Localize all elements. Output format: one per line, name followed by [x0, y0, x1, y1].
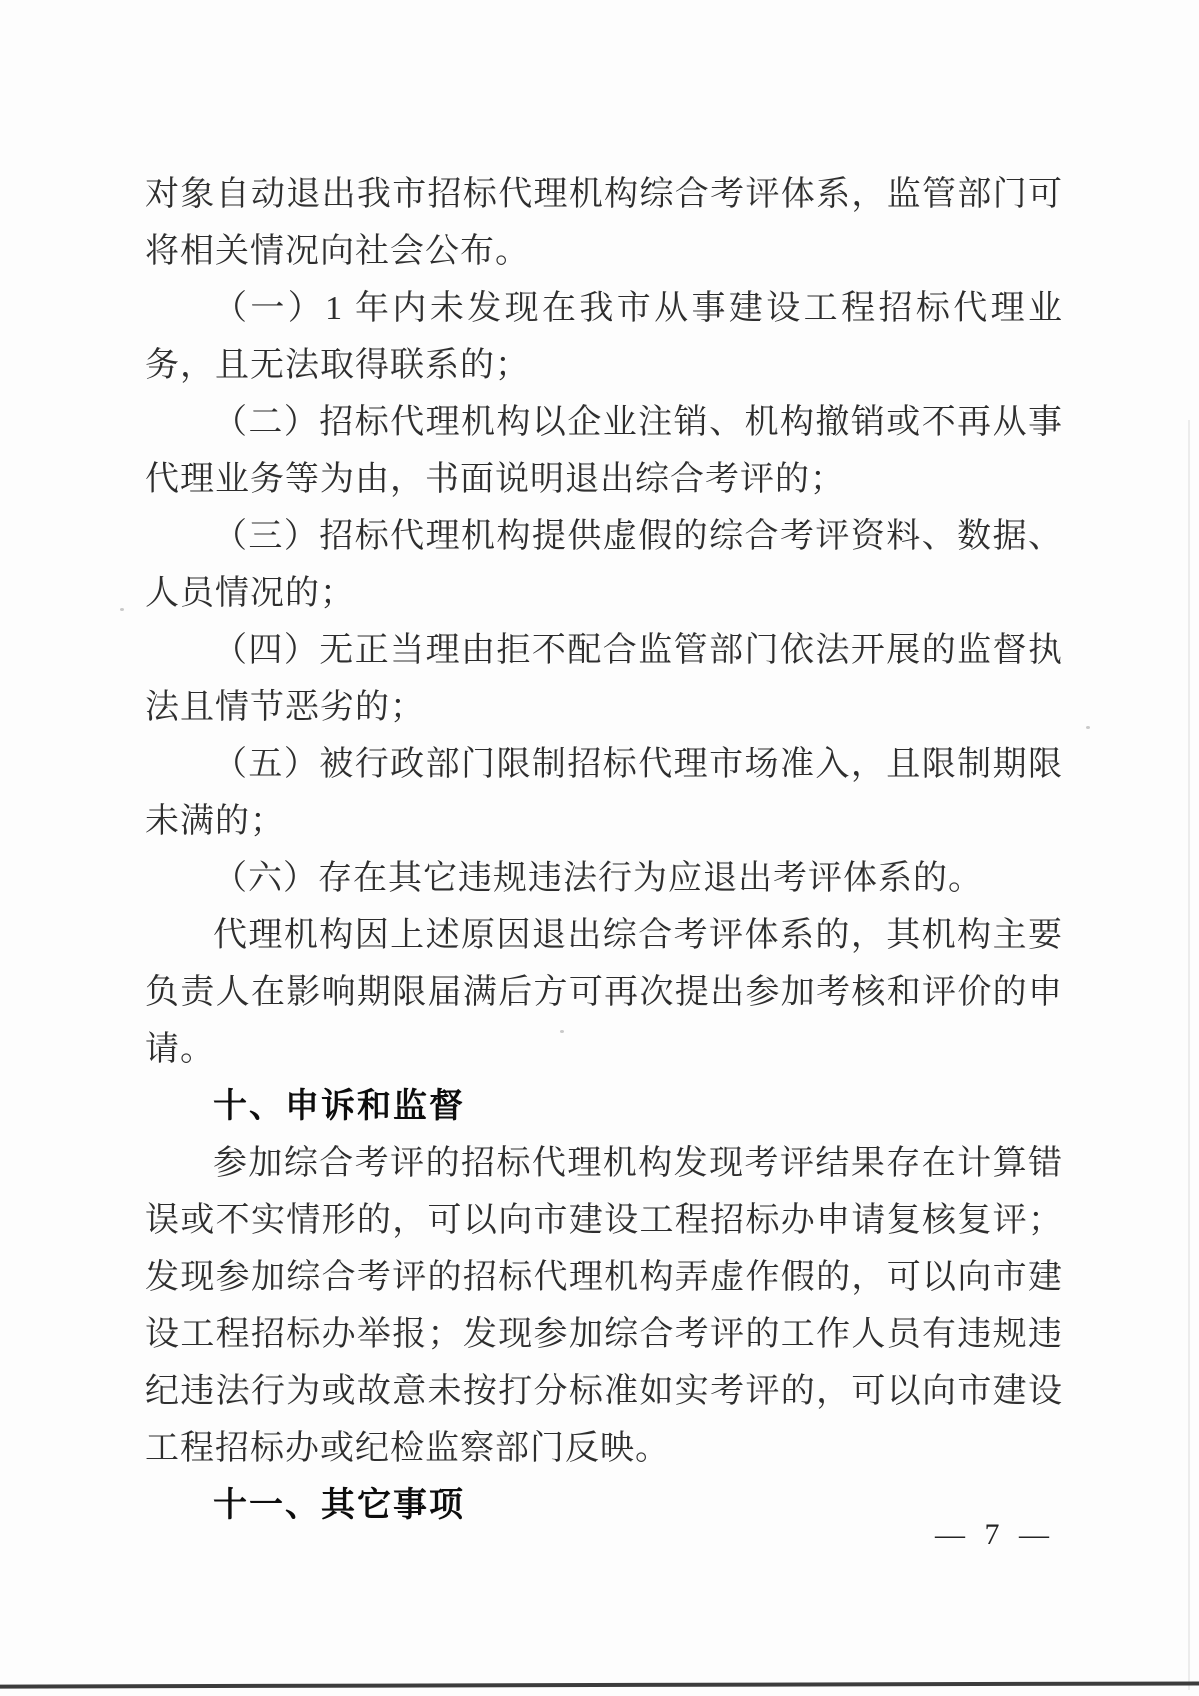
page-number: — 7 — — [935, 1518, 1195, 1552]
paragraph-continuation: 对象自动退出我市招标代理机构综合考评体系，监管部门可将相关情况向社会公布。 — [145, 166, 1063, 280]
list-item-4: （四）无正当理由拒不配合监管部门依法开展的监督执法且情节恶劣的； — [145, 622, 1063, 736]
list-item-6: （六）存在其它违规违法行为应退出考评体系的。 — [145, 850, 1063, 907]
scan-speck — [1086, 726, 1090, 729]
list-item-5: （五）被行政部门限制招标代理市场准入，且限制期限未满的； — [145, 736, 1063, 850]
paragraph-appeal: 参加综合考评的招标代理机构发现考评结果存在计算错误或不实情形的，可以向市建设工程… — [145, 1135, 1063, 1477]
scan-speck — [120, 608, 124, 611]
list-item-3: （三）招标代理机构提供虚假的综合考评资料、数据、人员情况的； — [145, 508, 1063, 622]
list-item-1: （一）1 年内未发现在我市从事建设工程招标代理业务，且无法取得联系的； — [145, 280, 1063, 394]
section-heading-10: 十、申诉和监督 — [145, 1078, 1063, 1135]
scan-edge-artifact — [1188, 420, 1190, 1690]
list-item-2: （二）招标代理机构以企业注销、机构撤销或不再从事代理业务等为由，书面说明退出综合… — [145, 394, 1063, 508]
section-heading-11: 十一、其它事项 — [145, 1477, 1063, 1534]
scan-bottom-edge — [0, 1681, 1199, 1688]
paragraph-exit-rule: 代理机构因上述原因退出综合考评体系的，其机构主要负责人在影响期限届满后方可再次提… — [145, 907, 1063, 1078]
scan-speck — [560, 1030, 564, 1033]
document-body: 对象自动退出我市招标代理机构综合考评体系，监管部门可将相关情况向社会公布。 （一… — [145, 166, 1063, 1534]
scanned-document-page: 对象自动退出我市招标代理机构综合考评体系，监管部门可将相关情况向社会公布。 （一… — [0, 0, 1199, 1696]
